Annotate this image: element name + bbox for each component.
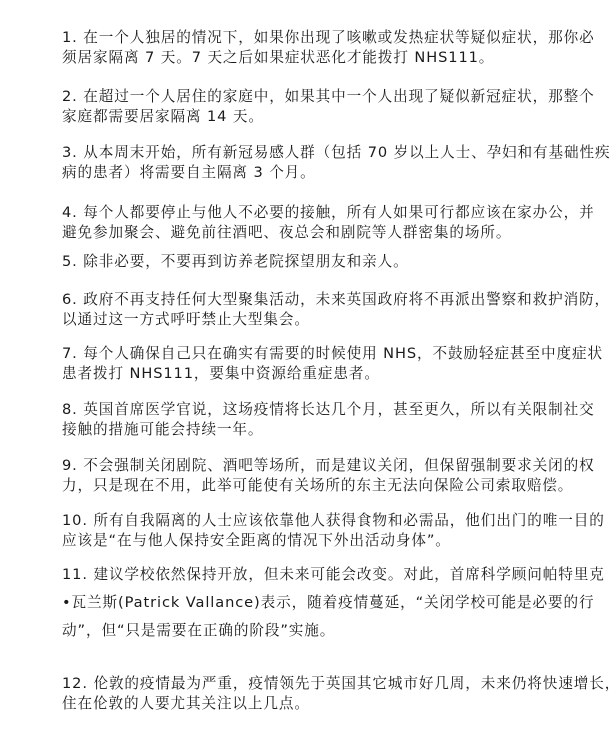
item-line: 动”，但“只是需要在正确的阶段”实施。 — [62, 617, 562, 645]
item-line: 8. 英国首席医学官说，这场疫情将长达几个月，甚至更久，所以有关限制社交 — [62, 400, 562, 420]
list-item-7: 7. 每个人确保自己只在确实有需要的时候使用 NHS，不鼓励轻症甚至中度症状 患… — [62, 344, 562, 384]
item-line: 应该是“在与他人保持安全距离的情况下外出活动身体”。 — [62, 531, 562, 551]
list-item-6: 6. 政府不再支持任何大型聚集活动，未来英国政府将不再派出警察和救护消防， 以通… — [62, 290, 562, 330]
item-line: 12. 伦敦的疫情最为严重，疫情领先于英国其它城市好几周，未来仍将快速增长， — [62, 674, 562, 694]
list-item-9: 9. 不会强制关闭剧院、酒吧等场所，而是建议关闭，但保留强制要求关闭的权 力，只… — [62, 456, 562, 496]
document-page: 1. 在一个人独居的情况下，如果你出现了咳嗽或发热症状等疑似症状，那你必 须居家… — [0, 0, 614, 735]
item-line: 9. 不会强制关闭剧院、酒吧等场所，而是建议关闭，但保留强制要求关闭的权 — [62, 456, 562, 476]
item-line: •瓦兰斯(Patrick Vallance)表示，随着疫情蔓延，“关闭学校可能是… — [62, 589, 562, 617]
list-item-2: 2. 在超过一个人居住的家庭中，如果其中一个人出现了疑似新冠症状，那整个 家庭都… — [62, 87, 562, 127]
item-line: 患者拨打 NHS111，要集中资源给重症患者。 — [62, 364, 562, 384]
list-item-10: 10. 所有自我隔离的人士应该依靠他人获得食物和必需品，他们出门的唯一目的 应该… — [62, 511, 562, 551]
item-line: 2. 在超过一个人居住的家庭中，如果其中一个人出现了疑似新冠症状，那整个 — [62, 87, 562, 107]
item-line: 病的患者）将需要自主隔离 3 个月。 — [62, 163, 562, 183]
item-line: 以通过这一方式呼吁禁止大型集会。 — [62, 310, 562, 330]
item-line: 避免参加聚会、避免前往酒吧、夜总会和剧院等人群密集的场所。 — [62, 223, 562, 243]
list-item-12: 12. 伦敦的疫情最为严重，疫情领先于英国其它城市好几周，未来仍将快速增长， 住… — [62, 674, 562, 714]
item-line: 家庭都需要居家隔离 14 天。 — [62, 107, 562, 127]
item-line: 10. 所有自我隔离的人士应该依靠他人获得食物和必需品，他们出门的唯一目的 — [62, 511, 562, 531]
item-line: 7. 每个人确保自己只在确实有需要的时候使用 NHS，不鼓励轻症甚至中度症状 — [62, 344, 562, 364]
item-line: 接触的措施可能会持续一年。 — [62, 420, 562, 440]
item-line: 1. 在一个人独居的情况下，如果你出现了咳嗽或发热症状等疑似症状，那你必 — [62, 28, 562, 48]
item-line: 11. 建议学校依然保持开放，但未来可能会改变。对此，首席科学顾问帕特里克 — [62, 561, 562, 589]
list-item-5: 5. 除非必要，不要再到访养老院探望朋友和亲人。 — [62, 252, 562, 272]
item-line: 5. 除非必要，不要再到访养老院探望朋友和亲人。 — [62, 252, 562, 272]
item-line: 3. 从本周末开始，所有新冠易感人群（包括 70 岁以上人士、孕妇和有基础性疾 — [62, 143, 562, 163]
item-line: 住在伦敦的人要尤其关注以上几点。 — [62, 694, 562, 714]
item-line: 力，只是现在不用，此举可能使有关场所的东主无法向保险公司索取赔偿。 — [62, 476, 562, 496]
list-item-8: 8. 英国首席医学官说，这场疫情将长达几个月，甚至更久，所以有关限制社交 接触的… — [62, 400, 562, 440]
list-item-11: 11. 建议学校依然保持开放，但未来可能会改变。对此，首席科学顾问帕特里克 •瓦… — [62, 561, 562, 645]
list-item-1: 1. 在一个人独居的情况下，如果你出现了咳嗽或发热症状等疑似症状，那你必 须居家… — [62, 28, 562, 68]
item-line: 6. 政府不再支持任何大型聚集活动，未来英国政府将不再派出警察和救护消防， — [62, 290, 562, 310]
item-line: 4. 每个人都要停止与他人不必要的接触，所有人如果可行都应该在家办公，并 — [62, 203, 562, 223]
item-line: 须居家隔离 7 天。7 天之后如果症状恶化才能拨打 NHS111。 — [62, 48, 562, 68]
list-item-4: 4. 每个人都要停止与他人不必要的接触，所有人如果可行都应该在家办公，并 避免参… — [62, 203, 562, 243]
list-item-3: 3. 从本周末开始，所有新冠易感人群（包括 70 岁以上人士、孕妇和有基础性疾 … — [62, 143, 562, 183]
